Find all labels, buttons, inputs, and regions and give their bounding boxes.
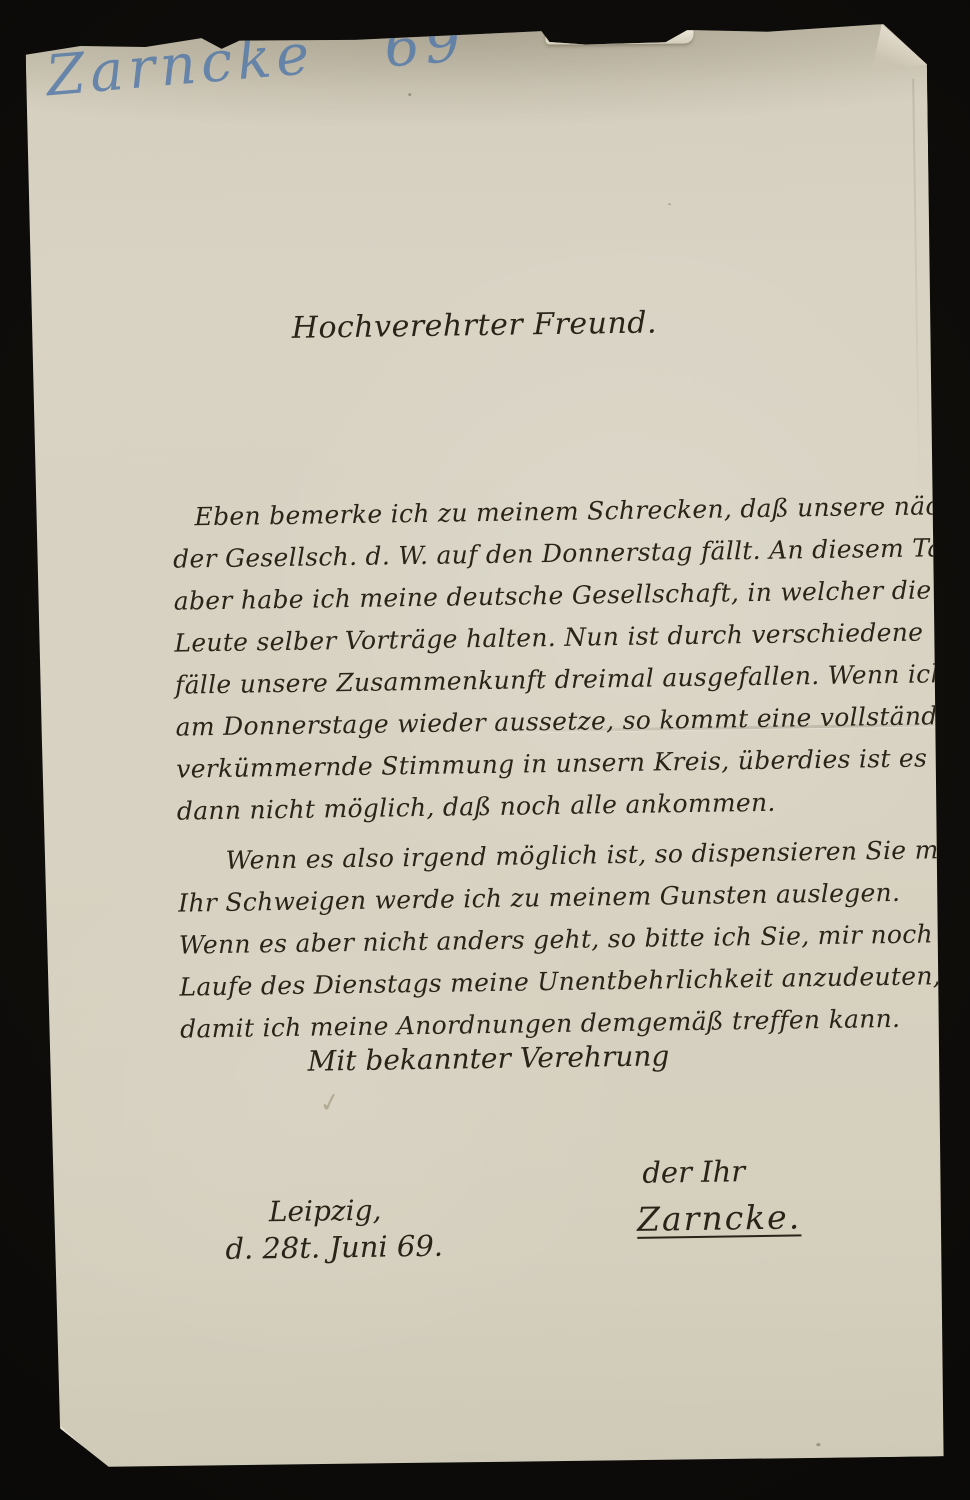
photograph-background: { "colors": { "background": "#0b0a08", "… — [0, 0, 970, 1500]
dateline-date: d. 28t. Juni 69. — [225, 1229, 443, 1266]
closing-line: Mit bekannter Verehrung — [307, 1039, 669, 1077]
paper-speck — [816, 1443, 820, 1446]
body-paragraph-1: Eben bemerke ich zu meinem Schrecken, da… — [172, 483, 970, 832]
archival-annotation: Zarncke 69 — [44, 9, 469, 109]
signature-name: Zarncke. — [637, 1197, 802, 1238]
paper-speck — [408, 93, 411, 96]
salutation: Hochverehrter Freund. — [292, 305, 658, 345]
vertical-crease — [912, 79, 920, 499]
top-edge-tear-flap — [545, 30, 693, 44]
folded-corner-top-right — [871, 23, 930, 72]
folded-corner-bottom-left — [59, 1424, 106, 1469]
body-paragraph-2: Wenn es also irgend möglich ist, so disp… — [177, 829, 970, 1051]
dateline-place: Leipzig, — [269, 1194, 382, 1229]
letter-sheet: Zarncke 69 Hochverehrter Freund. Eben be… — [25, 23, 948, 1470]
paper-speck — [668, 203, 671, 205]
body-line-text: der Gesellsch. d. W. auf den Donnerstag … — [173, 533, 970, 574]
signature-intro: der Ihr — [642, 1154, 745, 1190]
pencil-check-mark-icon: ✓ — [317, 1087, 344, 1121]
